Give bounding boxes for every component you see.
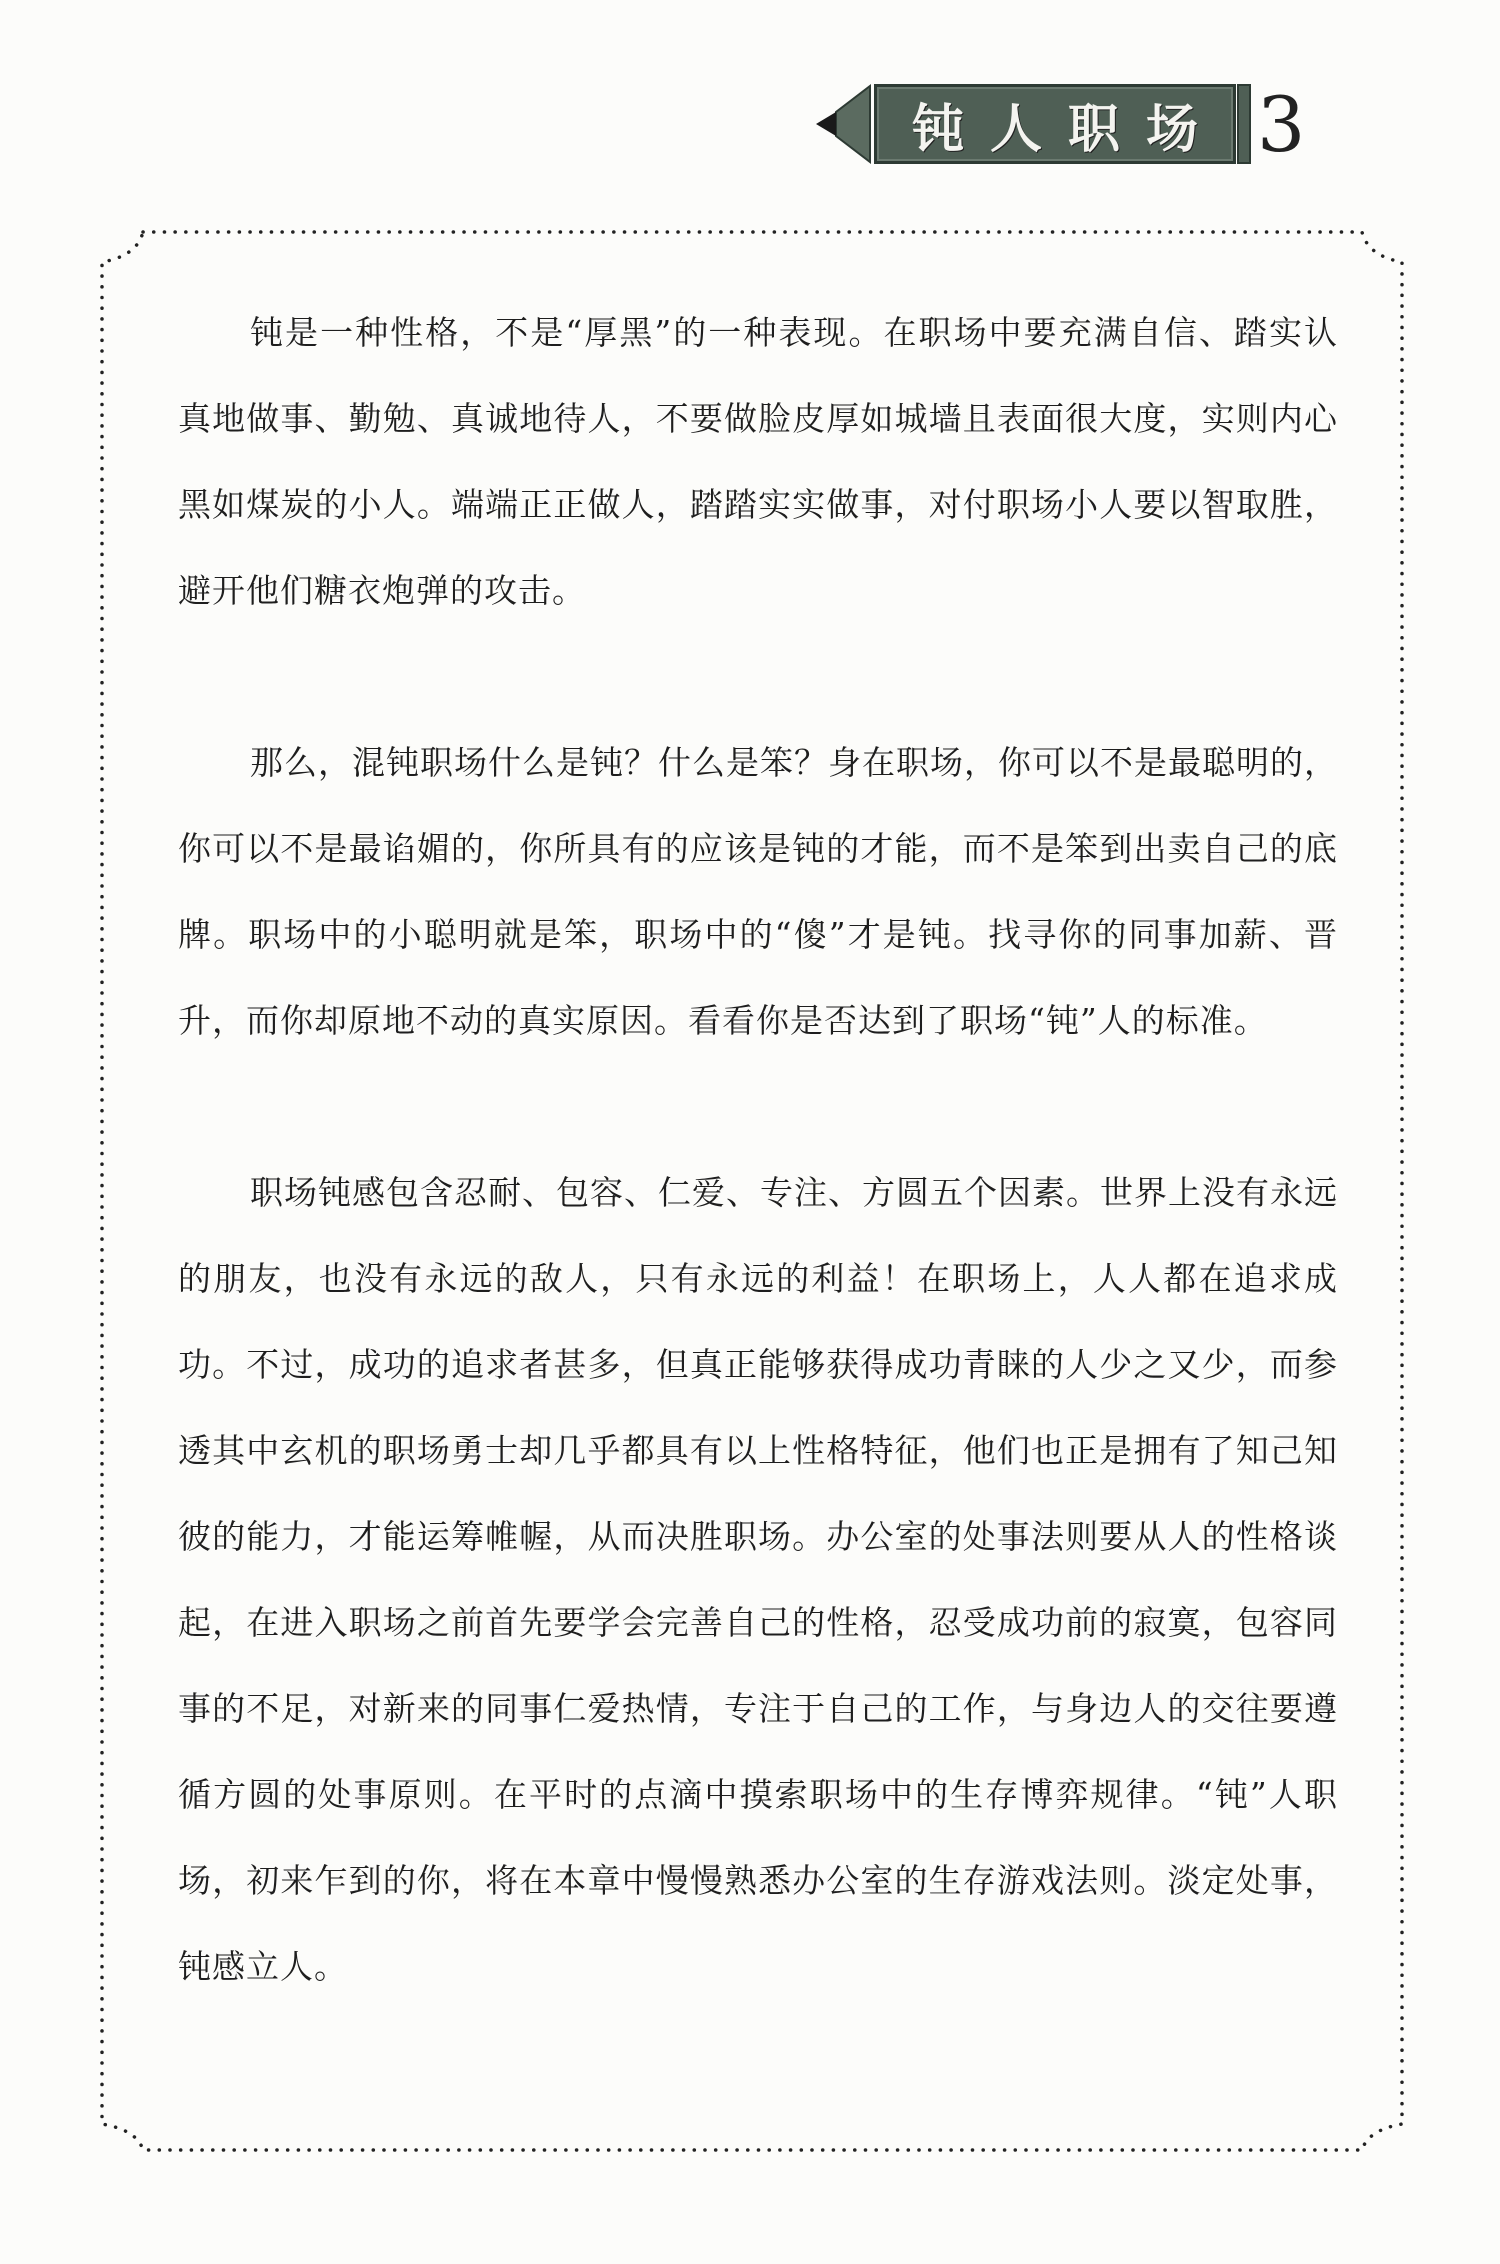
chapter-title-bar: 钝人职场: [874, 84, 1236, 164]
chapter-number: 3: [1257, 80, 1305, 169]
chapter-header: 钝人职场 3: [812, 84, 1312, 164]
paragraph-3: 职场钝感包含忍耐、包容、仁爱、专注、方圆五个因素。世界上没有永远的朋友，也没有永…: [178, 1150, 1338, 2010]
paragraph-2: 那么，混钝职场什么是钝？什么是笨？身在职场，你可以不是最聪明的，你可以不是最谄媚…: [178, 720, 1338, 1064]
title-bar-end-cap: [1237, 84, 1251, 164]
pencil-tip-icon: [812, 84, 872, 164]
body-text: 钝是一种性格，不是“厚黑”的一种表现。在职场中要充满自信、踏实认真地做事、勤勉、…: [178, 290, 1338, 2010]
chapter-title: 钝人职场: [912, 87, 1224, 162]
paragraph-1: 钝是一种性格，不是“厚黑”的一种表现。在职场中要充满自信、踏实认真地做事、勤勉、…: [178, 290, 1338, 634]
